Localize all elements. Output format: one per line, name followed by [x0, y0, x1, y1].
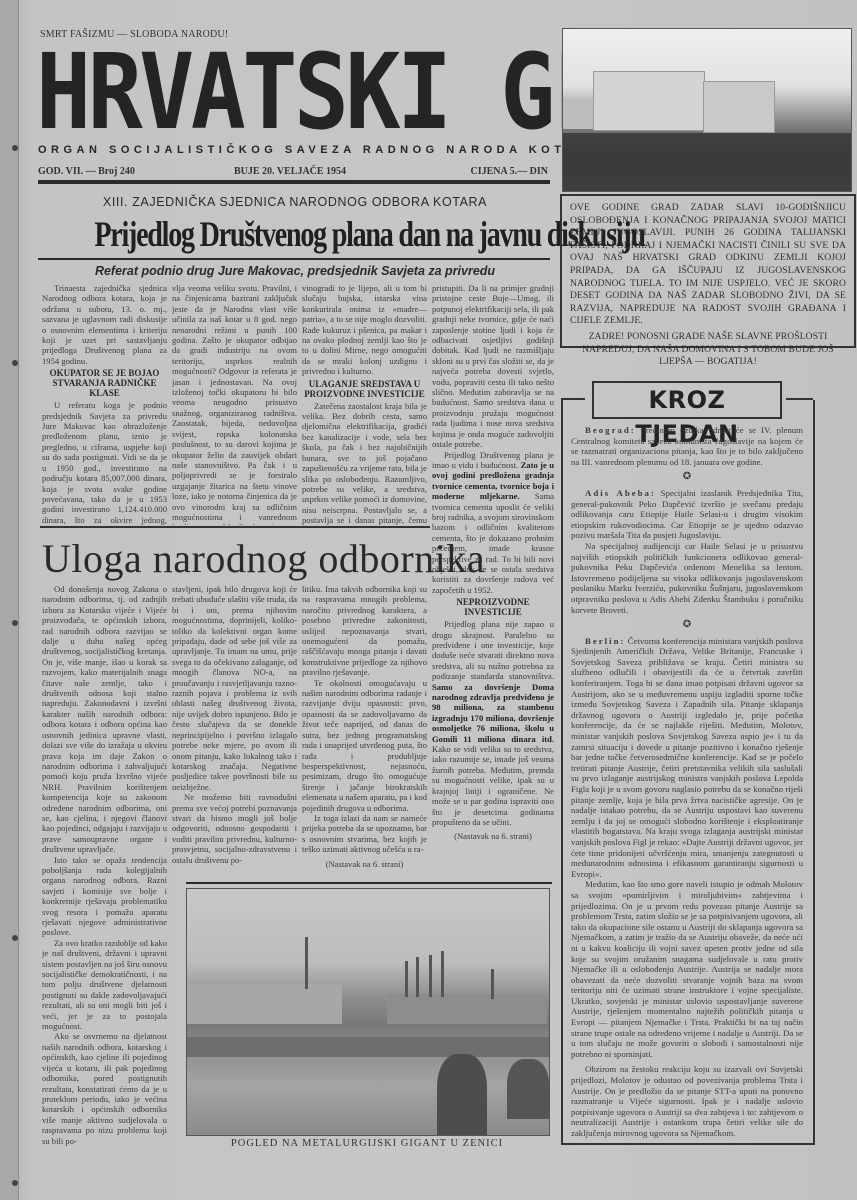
binding-hole: [12, 360, 18, 366]
binding-hole: [12, 935, 18, 941]
zadar-slogan: ZADRE! PONOSNI GRADE NAŠE SLAVNE PROŠLOS…: [570, 331, 846, 369]
masthead-organ-line: ORGAN SOCIJALISTIČKOG SAVEZA RADNOG NARO…: [38, 144, 548, 156]
water: [563, 133, 851, 191]
binding-spine: [0, 0, 19, 1200]
paragraph-bold: Samo za dovršenje Doma narodnog zdravlja…: [432, 682, 554, 744]
second-headline: Uloga narodnog odbornika: [42, 536, 552, 582]
paragraph: stavljeni, ipak bilo drugova koji će tre…: [172, 584, 297, 792]
issue-number: GOD. VII. — Broj 240: [38, 166, 135, 177]
lead-column-1: Trinaesta zajednička sjednica Narodnog o…: [42, 283, 167, 525]
second-column-2: stavljeni, ipak bilo drugova koji će tre…: [172, 584, 297, 882]
tree: [507, 1059, 549, 1119]
binding-hole: [12, 620, 18, 626]
second-column-1: Od donošenja novog Zakona o narodnim odb…: [42, 584, 167, 1184]
news-text: Međutim, kao što smo gore naveli istupio…: [571, 879, 803, 1059]
paragraph: litiku. Ima takvih odbornika koji su na …: [302, 584, 427, 678]
news-place: Beograd:: [585, 425, 636, 435]
paragraph: pristupiti. Da li na primjer gradnji pri…: [432, 283, 554, 450]
lead-kicker: XIII. ZAJEDNIČKA SJEDNICA NARODNOG ODBOR…: [40, 195, 550, 209]
paragraph: Za ovo kratko razdoblje od kako je naš d…: [42, 938, 167, 1032]
zadar-paragraph: OVE GODINE GRAD ZADAR SLAVI 10-GODIŠNJIC…: [570, 202, 846, 328]
news-text: Četvorna konferencija ministara vanjskih…: [571, 636, 803, 879]
factory-building: [387, 994, 547, 1024]
paragraph: vlja veoma veliku svotu. Pravilni, i na …: [172, 283, 297, 525]
photo-rule: [186, 882, 552, 884]
lead-headline: Prijedlog Društvenog plana dan na javnu …: [94, 214, 493, 254]
masthead-title: HRVATSKI GLAS: [36, 44, 485, 140]
paragraph: U referatu koga je podnio predsjednik Sa…: [42, 400, 167, 525]
continued-note: (Nastavak na 6. strani): [432, 831, 554, 841]
kroz-tjedan-title: KROZ TJEDAN: [592, 381, 782, 419]
price: CIJENA 5.— DIN: [470, 166, 548, 177]
lead-column-3: vinogradi to je lijepo, ali u tom bi slu…: [302, 283, 427, 525]
newspaper-page: SMRT FAŠIZMU — SLOBODA NARODU! HRVATSKI …: [0, 0, 857, 1200]
paragraph-lead: Prijedlog plana nije zapao u drugu skraj…: [432, 619, 554, 681]
shrubbery: [187, 1037, 549, 1057]
separator-icon: ✪: [571, 472, 803, 483]
dateline: BUJE 20. VELJAČE 1954: [234, 166, 346, 177]
building: [593, 71, 705, 131]
lead-column-2: vlja veoma veliku svotu. Pravilni, i na …: [172, 283, 297, 525]
continued-note: (Nastavak na 6. strani): [302, 859, 427, 869]
photo-zadar: [562, 28, 852, 192]
news-item-beograd: Beograd: Sredinom ožujka održat će se IV…: [571, 425, 803, 467]
paragraph: Od donošenja novog Zakona o narodnim odb…: [42, 584, 167, 855]
building: [563, 99, 593, 129]
news-place: Berlin:: [585, 636, 625, 646]
zadar-anniversary-box: OVE GODINE GRAD ZADAR SLAVI 10-GODIŠNJIC…: [560, 194, 856, 348]
paragraph: Te okolnosti omogućavaju u našim narodni…: [302, 678, 427, 813]
chimney: [405, 961, 408, 997]
paragraph: Iz toga izlazi da nam se nameće prijeka …: [302, 813, 427, 855]
news-item-berlin: Berlin: Četvorna konferencija ministara …: [571, 636, 803, 880]
news-text: Na specijalnoj audijenciji car Haile Sel…: [571, 541, 803, 615]
binding-hole: [12, 1180, 18, 1186]
chimney: [491, 969, 494, 999]
factory-building: [187, 984, 342, 1024]
section-rule: [40, 526, 430, 528]
binding-hole: [12, 145, 18, 151]
photo-zenica-steelworks: [186, 888, 550, 1136]
paragraph: Isto tako se opaža tendencija poboljšanj…: [42, 855, 167, 938]
paragraph: Trinaesta zajednička sjednica Narodnog o…: [42, 283, 167, 366]
section-heading: OKUPATOR SE JE BOJAO STVARANJA RADNIČKE …: [42, 368, 167, 398]
masthead-rule: [38, 180, 550, 184]
chimney: [416, 957, 419, 997]
section-heading: ULAGANJE SREDSTAVA U PROIZVODNE INVESTIC…: [302, 379, 427, 399]
news-text: Obzirom na žestoku reakciju koju su izaz…: [571, 1064, 803, 1138]
kroz-tjedan-body: Beograd: Sredinom ožujka održat će se IV…: [571, 425, 803, 1139]
chimney: [305, 937, 308, 989]
separator-icon: ✪: [571, 620, 803, 631]
paragraph-rest: Kako se vidi velika su to sredstva, iako…: [432, 744, 554, 827]
news-place: Adis Abeba:: [585, 488, 656, 498]
tree: [437, 1054, 487, 1135]
paragraph: Zatečena zaostalost kraja bila je velika…: [302, 401, 427, 525]
paragraph: Ako se osvrnemo na djelatnost naših naro…: [42, 1031, 167, 1145]
headline-rule: [38, 258, 550, 260]
photo-caption: POGLED NA METALURGIJSKI GIGANT U ZENICI: [186, 1138, 548, 1149]
news-item-adis-abeba: Adis Abeba: Specijalni izaslanik Predsje…: [571, 488, 803, 541]
paragraph: Ne možemo biti ravnodušni prema sve većo…: [172, 792, 297, 865]
chimney: [441, 951, 444, 997]
second-column-3: litiku. Ima takvih odbornika koji su na …: [302, 584, 427, 882]
paragraph: vinogradi to je lijepo, ali u tom bi slu…: [302, 283, 427, 377]
building: [703, 81, 775, 133]
lead-subhead: Referat podnio drug Jure Makovac, predsj…: [40, 264, 550, 278]
chimney: [429, 955, 432, 997]
section-heading: NEPROIZVODNE INVESTICIJE: [432, 597, 554, 617]
